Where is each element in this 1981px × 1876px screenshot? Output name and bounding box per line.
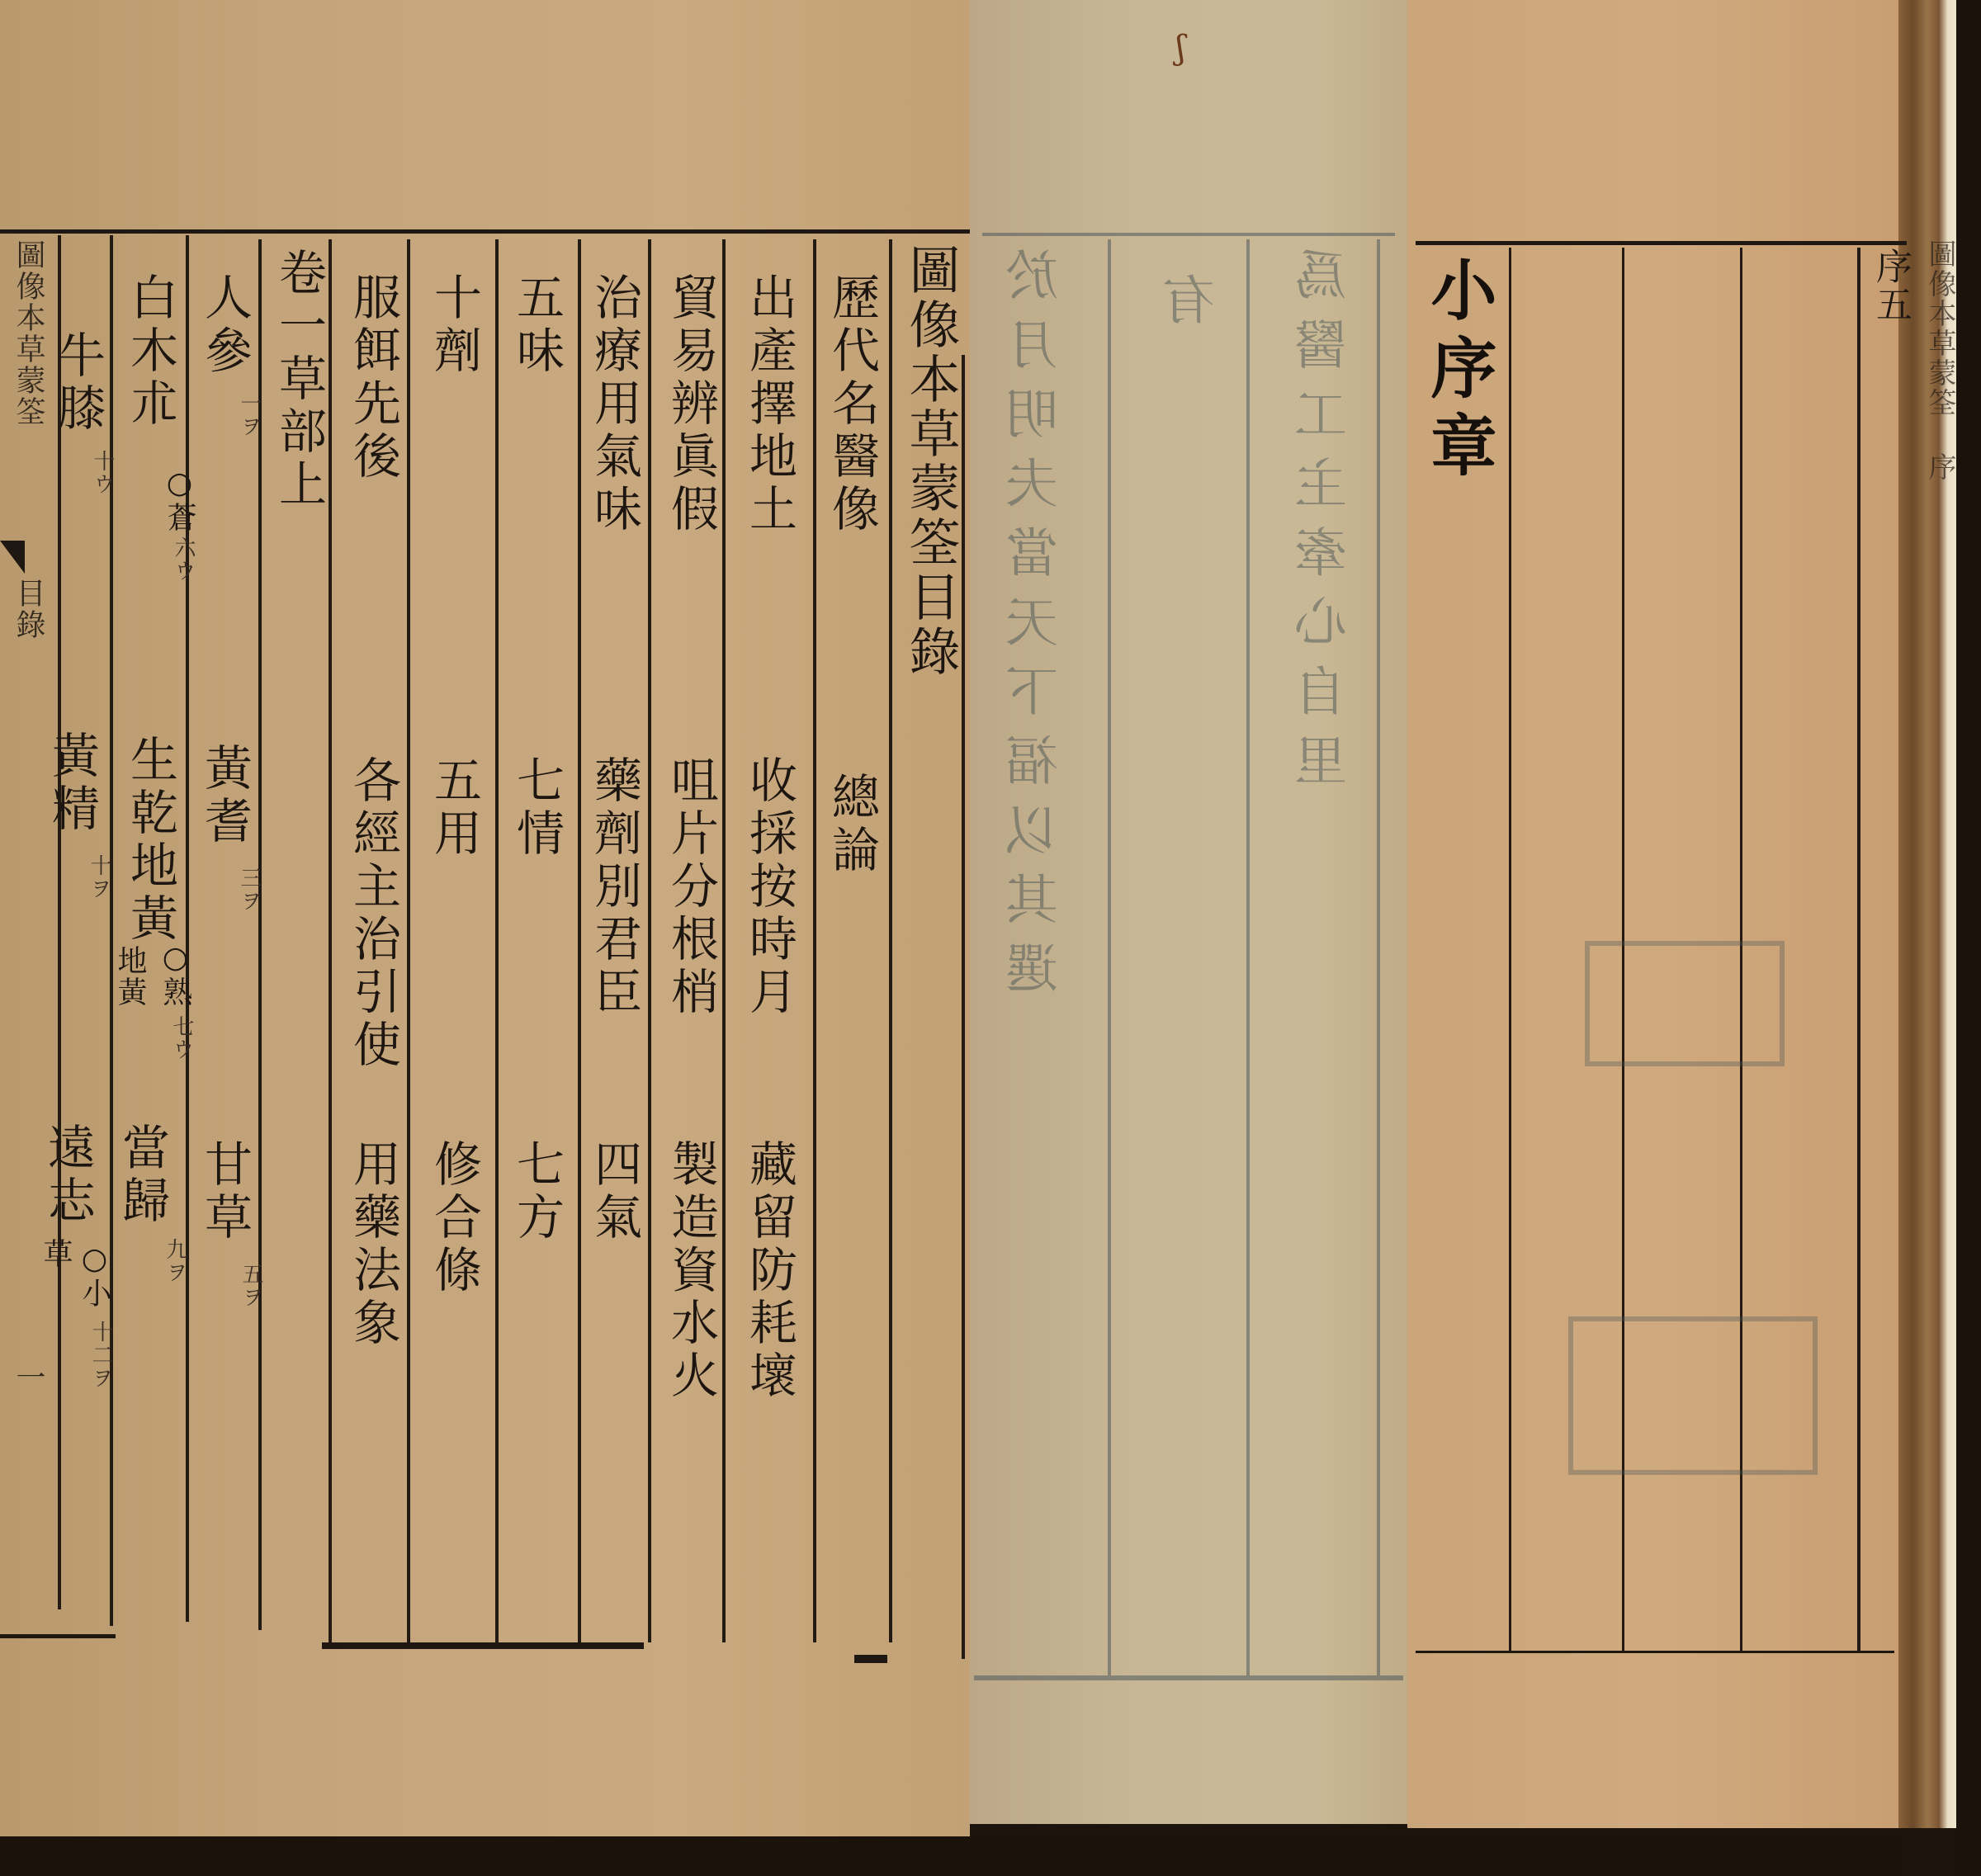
toc-col-3-upper: 貿易辨眞假	[664, 272, 717, 536]
herb-3-lower: 遠志	[41, 1122, 94, 1228]
seal-upper-icon	[1585, 941, 1785, 1066]
herb-2-lower-note: 九ヲ	[149, 1238, 201, 1284]
toc-col-6-upper: 十劑	[428, 272, 480, 378]
herb-2-upper: 白木朮	[124, 272, 177, 431]
tissue-divider	[1108, 239, 1111, 1675]
divider	[578, 239, 581, 1642]
volume-heading: 卷一草部上	[272, 248, 325, 512]
tissue-top-border	[982, 233, 1395, 236]
tissue-bottom-border	[974, 1675, 1403, 1680]
toc-col-6-third: 修合條	[428, 1139, 480, 1297]
right-divider	[1509, 248, 1511, 1651]
left-bottom-border-b	[322, 1642, 644, 1649]
divider	[329, 239, 332, 1642]
divider	[813, 239, 816, 1642]
toc-col-7-third: 用藥法象	[347, 1139, 400, 1350]
divider	[258, 239, 262, 1630]
right-bottom-border	[1416, 1651, 1894, 1653]
herb-2-upper-note: ○蒼	[153, 466, 206, 533]
divider	[186, 235, 189, 1622]
herb-1-upper: 人參	[198, 272, 251, 378]
toc-col-2-lower: 收採按時月	[743, 755, 796, 1019]
toc-col-4-lower: 藥劑別君臣	[588, 755, 641, 1019]
toc-col-3-third: 製造資水火	[664, 1139, 717, 1403]
divider	[648, 239, 651, 1642]
toc-col-1-lower: 總論	[825, 772, 878, 877]
bleed-text-col3: 爲醫工主牽心自里	[1288, 248, 1364, 802]
divider	[110, 235, 113, 1626]
right-divider	[1857, 248, 1860, 1651]
toc-col-1-upper: 歷代名醫像	[825, 272, 878, 536]
herb-1-middle: 黃耆	[198, 743, 251, 848]
herb-3-middle-note: 十ヲ	[73, 854, 125, 900]
herb-2-middle-note: ○熟	[149, 941, 201, 1008]
toc-col-7-lower: 各經主治引使	[347, 755, 400, 1072]
toc-col-2-upper: 出產擇地土	[743, 272, 796, 536]
tissue-divider	[1377, 239, 1380, 1675]
divider	[495, 239, 499, 1642]
contents-title: 圖像本草蒙筌目錄	[904, 243, 957, 679]
herb-3-lower-note2: 十二ヲ	[74, 1321, 127, 1390]
divider	[58, 235, 61, 1609]
left-bottom-border-a	[0, 1634, 116, 1638]
toc-col-2-third: 藏留防耗壞	[743, 1139, 796, 1403]
toc-col-3-lower: 咀片分根梢	[664, 755, 717, 1019]
toc-col-7-upper: 服餌先後	[347, 272, 400, 484]
toc-col-6-lower: 五用	[428, 755, 480, 861]
bottom-shadow	[0, 1836, 1898, 1876]
right-top-border	[1416, 241, 1907, 245]
herb-2-upper-note2: 六ウ	[157, 536, 210, 583]
divider	[722, 239, 726, 1642]
herb-2-middle-note2: 七ウ	[155, 1015, 208, 1061]
seal-lower-icon	[1568, 1316, 1818, 1475]
herb-3-upper: 牛膝	[51, 330, 104, 436]
bleed-text-col1: 於月明夫當天下福以其選	[999, 248, 1075, 1010]
bleed-text-col2: 有	[1156, 272, 1232, 342]
stain-mark: ʃ	[1176, 29, 1185, 67]
spine-label: 圖像本草蒙筌 序	[1913, 239, 1966, 482]
divider	[407, 239, 410, 1642]
toc-col-4-third: 四氣	[588, 1139, 641, 1245]
preface-calligraphy: 小序章	[1432, 256, 1485, 489]
herb-3-upper-note: 十ウ	[76, 450, 129, 496]
divider	[962, 355, 965, 1659]
open-book: 圖像本草蒙筌目錄 歷代名醫像 總論 出產擇地土 收採按時月 藏留防耗壞 貿易辨眞…	[0, 0, 1981, 1876]
herb-1-middle-note: 三ヲ	[223, 867, 276, 913]
herb-1-lower: 甘草	[198, 1139, 251, 1245]
left-top-border	[0, 229, 970, 234]
herb-3-lower-note: ○小	[68, 1242, 121, 1309]
left-page-number: 一	[2, 1362, 54, 1393]
left-margin-section: 目錄	[2, 578, 54, 640]
toc-col-5-third: 七方	[510, 1139, 563, 1245]
left-bottom-border-c	[854, 1655, 887, 1663]
tissue-divider	[1246, 239, 1250, 1675]
left-margin-label: 圖像本草蒙筌	[2, 239, 54, 428]
toc-col-5-upper: 五味	[510, 272, 563, 378]
herb-1-upper-note: 一ヲ	[223, 392, 276, 438]
herb-2-lower: 當歸	[116, 1122, 168, 1228]
toc-col-5-lower: 七情	[510, 755, 563, 861]
divider	[889, 239, 892, 1642]
herb-2-middle: 生乾地黃	[124, 735, 177, 946]
toc-col-4-upper: 治療用氣味	[588, 272, 641, 536]
right-margin-label: 序五	[1864, 248, 1917, 324]
herb-1-lower-note: 五ヲ	[225, 1263, 277, 1309]
herb-3-middle: 黃精	[45, 730, 98, 836]
